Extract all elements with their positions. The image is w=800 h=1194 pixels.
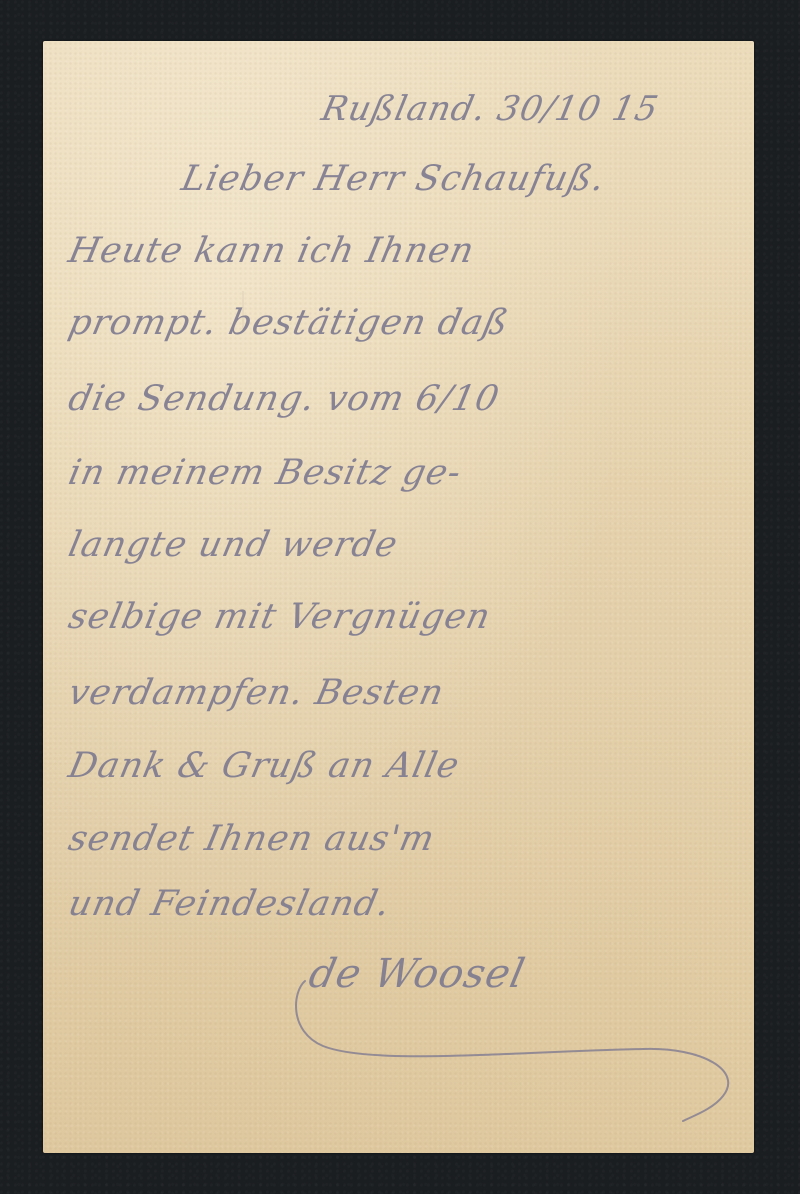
body-line-2: prompt. bestätigen daß: [65, 303, 512, 343]
body-line-8: Dank & Gruß an Alle: [65, 746, 463, 786]
body-line-6: selbige mit Vergnügen: [65, 597, 494, 637]
body-line-4: in meinem Besitz ge-: [65, 453, 465, 493]
postcard: Rußland. 30/10 15 Lieber Herr Schaufuß. …: [43, 41, 754, 1153]
body-line-3: die Sendung. vom 6/10: [65, 379, 503, 419]
signature: de Woosel: [305, 951, 529, 997]
body-line-10: und Feindesland.: [65, 884, 394, 924]
place-date-heading: Rußland. 30/10 15: [318, 89, 662, 129]
body-line-9: sendet Ihnen aus'm: [65, 819, 439, 859]
body-line-5: langte und werde: [65, 525, 402, 565]
body-line-7: verdampfen. Besten: [65, 673, 448, 713]
salutation: Lieber Herr Schaufuß.: [178, 159, 609, 199]
body-line-1: Heute kann ich Ihnen: [65, 231, 478, 271]
